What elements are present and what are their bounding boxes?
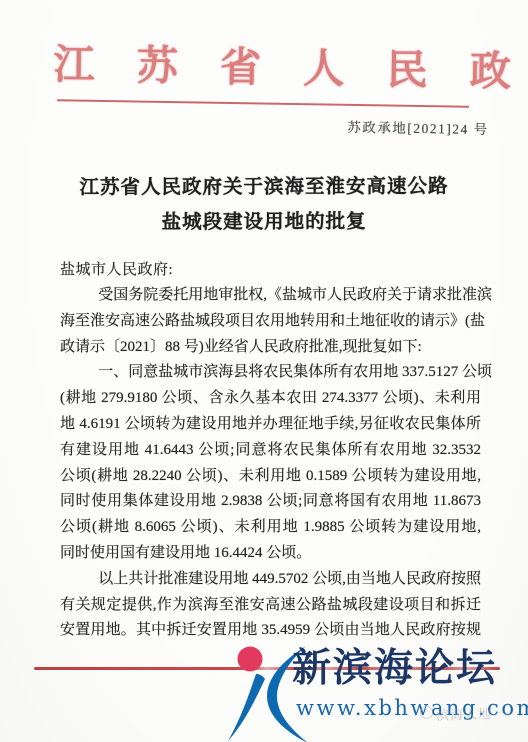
body-line: 有建设用地 41.6443 公顷;同意将农民集体所有农用地 32.3532 <box>60 438 481 464</box>
body-line: 海至淮安高速公路盐城段项目农用地转用和土地征收的请示》(盐 <box>60 309 481 335</box>
body-line: 政请示〔2021〕88 号)业经省人民政府批准,现批复如下: <box>60 335 481 361</box>
body-line: 安置用地。其中拆迁安置用地 35.4959 公顷由当地人民政府按规 <box>60 618 481 644</box>
addressee: 盐城市人民政府: <box>60 258 480 279</box>
watermark-face-icon <box>420 706 433 719</box>
forum-site-url: www.xbhwang.com <box>296 695 528 721</box>
body-line: 有关规定提供,作为滨海至淮安高速公路盐城段建设项目和拆迁 <box>60 593 481 619</box>
forum-site-name: 新滨海论坛 <box>292 648 510 690</box>
agency-name: 江 苏 省 人 民 政 府 <box>37 40 490 106</box>
body-line: 同时使用国有建设用地 16.4424 公顷。 <box>60 541 481 567</box>
body-line: 同时使用集体建设用地 2.9838 公顷;同意将国有农用地 11.8673 <box>60 489 481 515</box>
body-line: 一、同意盐城市滨海县将农民集体所有农用地 337.5127 公顷 <box>60 360 481 386</box>
scanned-document-page: 江 苏 省 人 民 政 府 苏政承地[2021]24 号 江苏省人民政府关于滨海… <box>0 0 528 742</box>
body-line: 以上共计批准建设用地 449.5702 公顷,由当地人民政府按照 <box>60 567 481 593</box>
corner-watermark: 滨海人地 <box>436 703 493 724</box>
body-line: 地 4.6191 公顷转为建设用地并办理征地手续,另征收农民集体所 <box>60 412 481 438</box>
body-line: 受国务院委托用地审批权,《盐城市人民政府关于请求批准滨 <box>60 283 481 309</box>
document-number: 苏政承地[2021]24 号 <box>37 111 489 138</box>
document-title-line2: 盐城段建设用地的批复 <box>0 204 528 241</box>
body-line: (耕地 279.9180 公顷、含永久基本农田 274.3377 公顷)、未利用 <box>60 386 481 412</box>
document-body: 受国务院委托用地审批权,《盐城市人民政府关于请求批准滨海至淮安高速公路盐城段项目… <box>60 283 481 644</box>
document-title-line1: 江苏省人民政府关于滨海至淮安高速公路 <box>0 169 528 206</box>
body-line: 公顷(耕地 28.2240 公顷)、未利用地 0.1589 公顷转为建设用地, <box>60 464 481 490</box>
document-title: 江苏省人民政府关于滨海至淮安高速公路 盐城段建设用地的批复 <box>0 169 528 241</box>
letterhead: 江 苏 省 人 民 政 府 苏政承地[2021]24 号 <box>37 40 490 138</box>
body-line: 公顷(耕地 8.6065 公顷)、未利用地 1.9885 公顷转为建设用地, <box>60 515 481 541</box>
